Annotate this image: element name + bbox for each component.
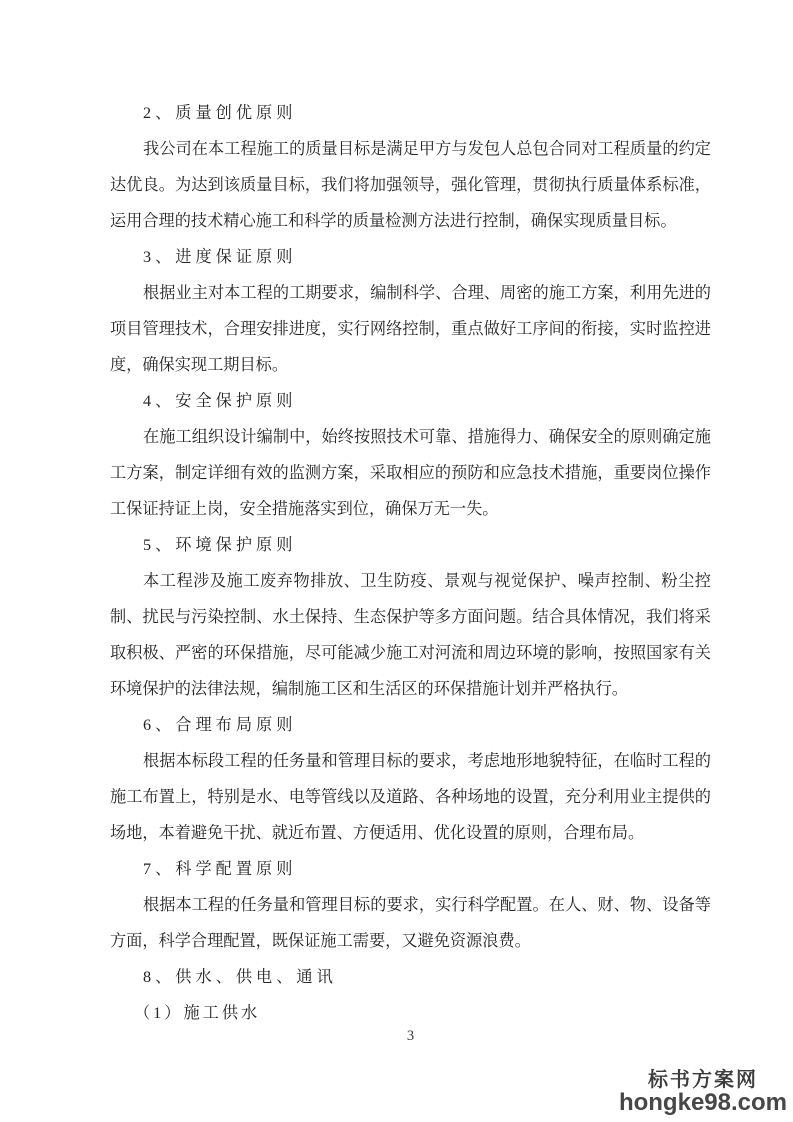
section-heading: 7、科学配置原则 [110, 851, 711, 887]
body-paragraph: 根据本工程的任务量和管理目标的要求，实行科学配置。在人、财、物、设备等方面，科学… [110, 887, 711, 959]
page-number: 3 [110, 1026, 711, 1046]
section-heading: 4、安全保护原则 [110, 383, 711, 419]
body-paragraph: 我公司在本工程施工的质量目标是满足甲方与发包人总包合同对工程质量的约定达优良。为… [110, 131, 711, 239]
watermark-site-url: hongke98.com [619, 1091, 787, 1115]
section-heading: 5、环境保护原则 [110, 527, 711, 563]
body-paragraph: 本工程涉及施工废弃物排放、卫生防疫、景观与视觉保护、噪声控制、粉尘控制、扰民与污… [110, 563, 711, 707]
document-body: 2、质量创优原则 我公司在本工程施工的质量目标是满足甲方与发包人总包合同对工程质… [110, 95, 711, 1031]
body-paragraph: 根据本标段工程的任务量和管理目标的要求，考虑地形地貌特征，在临时工程的施工布置上… [110, 743, 711, 851]
section-heading: 2、质量创优原则 [110, 95, 711, 131]
body-paragraph: 在施工组织设计编制中，始终按照技术可靠、措施得力、确保安全的原则确定施工方案，制… [110, 419, 711, 527]
section-heading: 3、进度保证原则 [110, 239, 711, 275]
section-heading: 8、供水、供电、通讯 [110, 959, 711, 995]
body-paragraph: 根据业主对本工程的工期要求，编制科学、合理、周密的施工方案，利用先进的项目管理技… [110, 275, 711, 383]
document-page: 2、质量创优原则 我公司在本工程施工的质量目标是满足甲方与发包人总包合同对工程质… [0, 0, 793, 1122]
watermark: 标书方案网 hongke98.com [619, 1069, 787, 1115]
watermark-site-name: 标书方案网 [648, 1069, 758, 1091]
section-heading: 6、合理布局原则 [110, 707, 711, 743]
